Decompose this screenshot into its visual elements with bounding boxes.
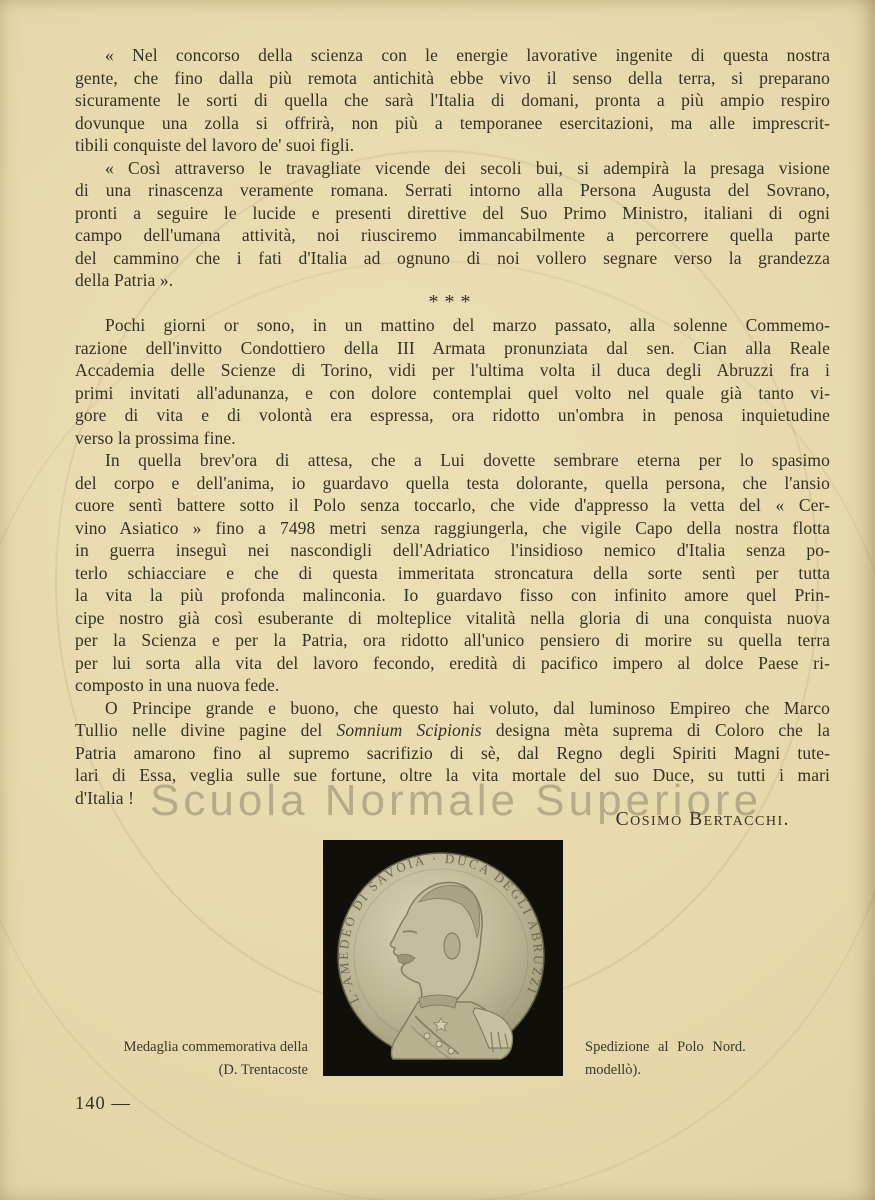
text-line: Accademia delle Scienze di Torino, vidi … (75, 359, 830, 382)
text-line: cipe nostro già così esuberante di molte… (75, 607, 830, 630)
text-line: per la Scienza e per la Patria, ora rido… (75, 629, 830, 652)
medal-caption-right: Spedizione al Polo Nord. modellò). (585, 1036, 785, 1082)
text-line: dovunque una zolla si offrirà, non più a… (75, 112, 830, 135)
text-line: « Nel concorso della scienza con le ener… (75, 44, 830, 67)
text-line: « Così attraverso le travagliate vicende… (75, 157, 830, 180)
medal-illustration: L·AMEDEO DI SAVOIA · DUCA DEGLI ABRUZZI (323, 840, 563, 1076)
paragraph: O Principe grande e buono, che questo ha… (75, 697, 830, 810)
text-line: O Principe grande e buono, che questo ha… (75, 697, 830, 720)
medal-photo: L·AMEDEO DI SAVOIA · DUCA DEGLI ABRUZZI (323, 840, 563, 1076)
text-line: campo dell'umana attività, noi riuscirem… (75, 224, 830, 247)
text-line: composto in una nuova fede. (75, 674, 830, 697)
page-number: 140 — (75, 1094, 131, 1115)
text-line: Tullio nelle divine pagine del Somnium S… (75, 719, 830, 742)
caption-line: Spedizione al Polo Nord. (585, 1036, 785, 1059)
text-line: terlo schiacciare e che di questa immeri… (75, 562, 830, 585)
text-line: sicuramente le sorti di quella che sarà … (75, 89, 830, 112)
caption-line: modellò). (585, 1059, 785, 1082)
text-line: cuore sentì battere sotto il Polo senza … (75, 494, 830, 517)
paragraph: « Nel concorso della scienza con le ener… (75, 44, 830, 157)
text-line: del corpo e dell'anima, io guardavo quel… (75, 472, 830, 495)
text-line: Patria amarono fino al supremo sacrifizi… (75, 742, 830, 765)
text-line: gore di vita e di volontà era espressa, … (75, 404, 830, 427)
paragraph: « Così attraverso le travagliate vicende… (75, 157, 830, 292)
text-line: di una rinascenza veramente romana. Serr… (75, 179, 830, 202)
caption-line: Medaglia commemorativa della (70, 1036, 308, 1059)
text-line: primi invitati all'adunanza, e con dolor… (75, 382, 830, 405)
text-line: pronti a seguire le lucide e presenti di… (75, 202, 830, 225)
text-line: tibili conquiste del lavoro de' suoi fig… (75, 134, 830, 157)
text-line: d'Italia ! (75, 787, 830, 810)
text-line: gente, che fino dalla più remota antichi… (75, 67, 830, 90)
paragraph: In quella brev'ora di attesa, che a Lui … (75, 449, 830, 697)
author-signature: Cosimo Bertacchi. (75, 809, 830, 832)
paragraph: Pochi giorni or sono, in un mattino del … (75, 314, 830, 449)
scanned-book-page: « Nel concorso della scienza con le ener… (0, 0, 875, 1200)
text-line: della Patria ». (75, 269, 830, 292)
text-line: vino Asiatico » fino a 7498 metri senza … (75, 517, 830, 540)
section-separator: *** (75, 292, 830, 315)
text-line: in guerra inseguì nei nascondigli dell'A… (75, 539, 830, 562)
text-line: razione dell'invitto Condottiero della I… (75, 337, 830, 360)
body-text: « Nel concorso della scienza con le ener… (75, 44, 830, 832)
text-line: In quella brev'ora di attesa, che a Lui … (75, 449, 830, 472)
caption-line: (D. Trentacoste (70, 1059, 308, 1082)
text-line: lari di Essa, veglia sulle sue fortune, … (75, 764, 830, 787)
medal-caption-left: Medaglia commemorativa della (D. Trentac… (70, 1036, 308, 1082)
text-line: la vita la più profonda malinconia. Io g… (75, 584, 830, 607)
text-line: del cammino che i fati d'Italia ad ognun… (75, 247, 830, 270)
text-line: verso la prossima fine. (75, 427, 830, 450)
text-line: Pochi giorni or sono, in un mattino del … (75, 314, 830, 337)
text-line: per lui sorta alla vita del lavoro fecon… (75, 652, 830, 675)
